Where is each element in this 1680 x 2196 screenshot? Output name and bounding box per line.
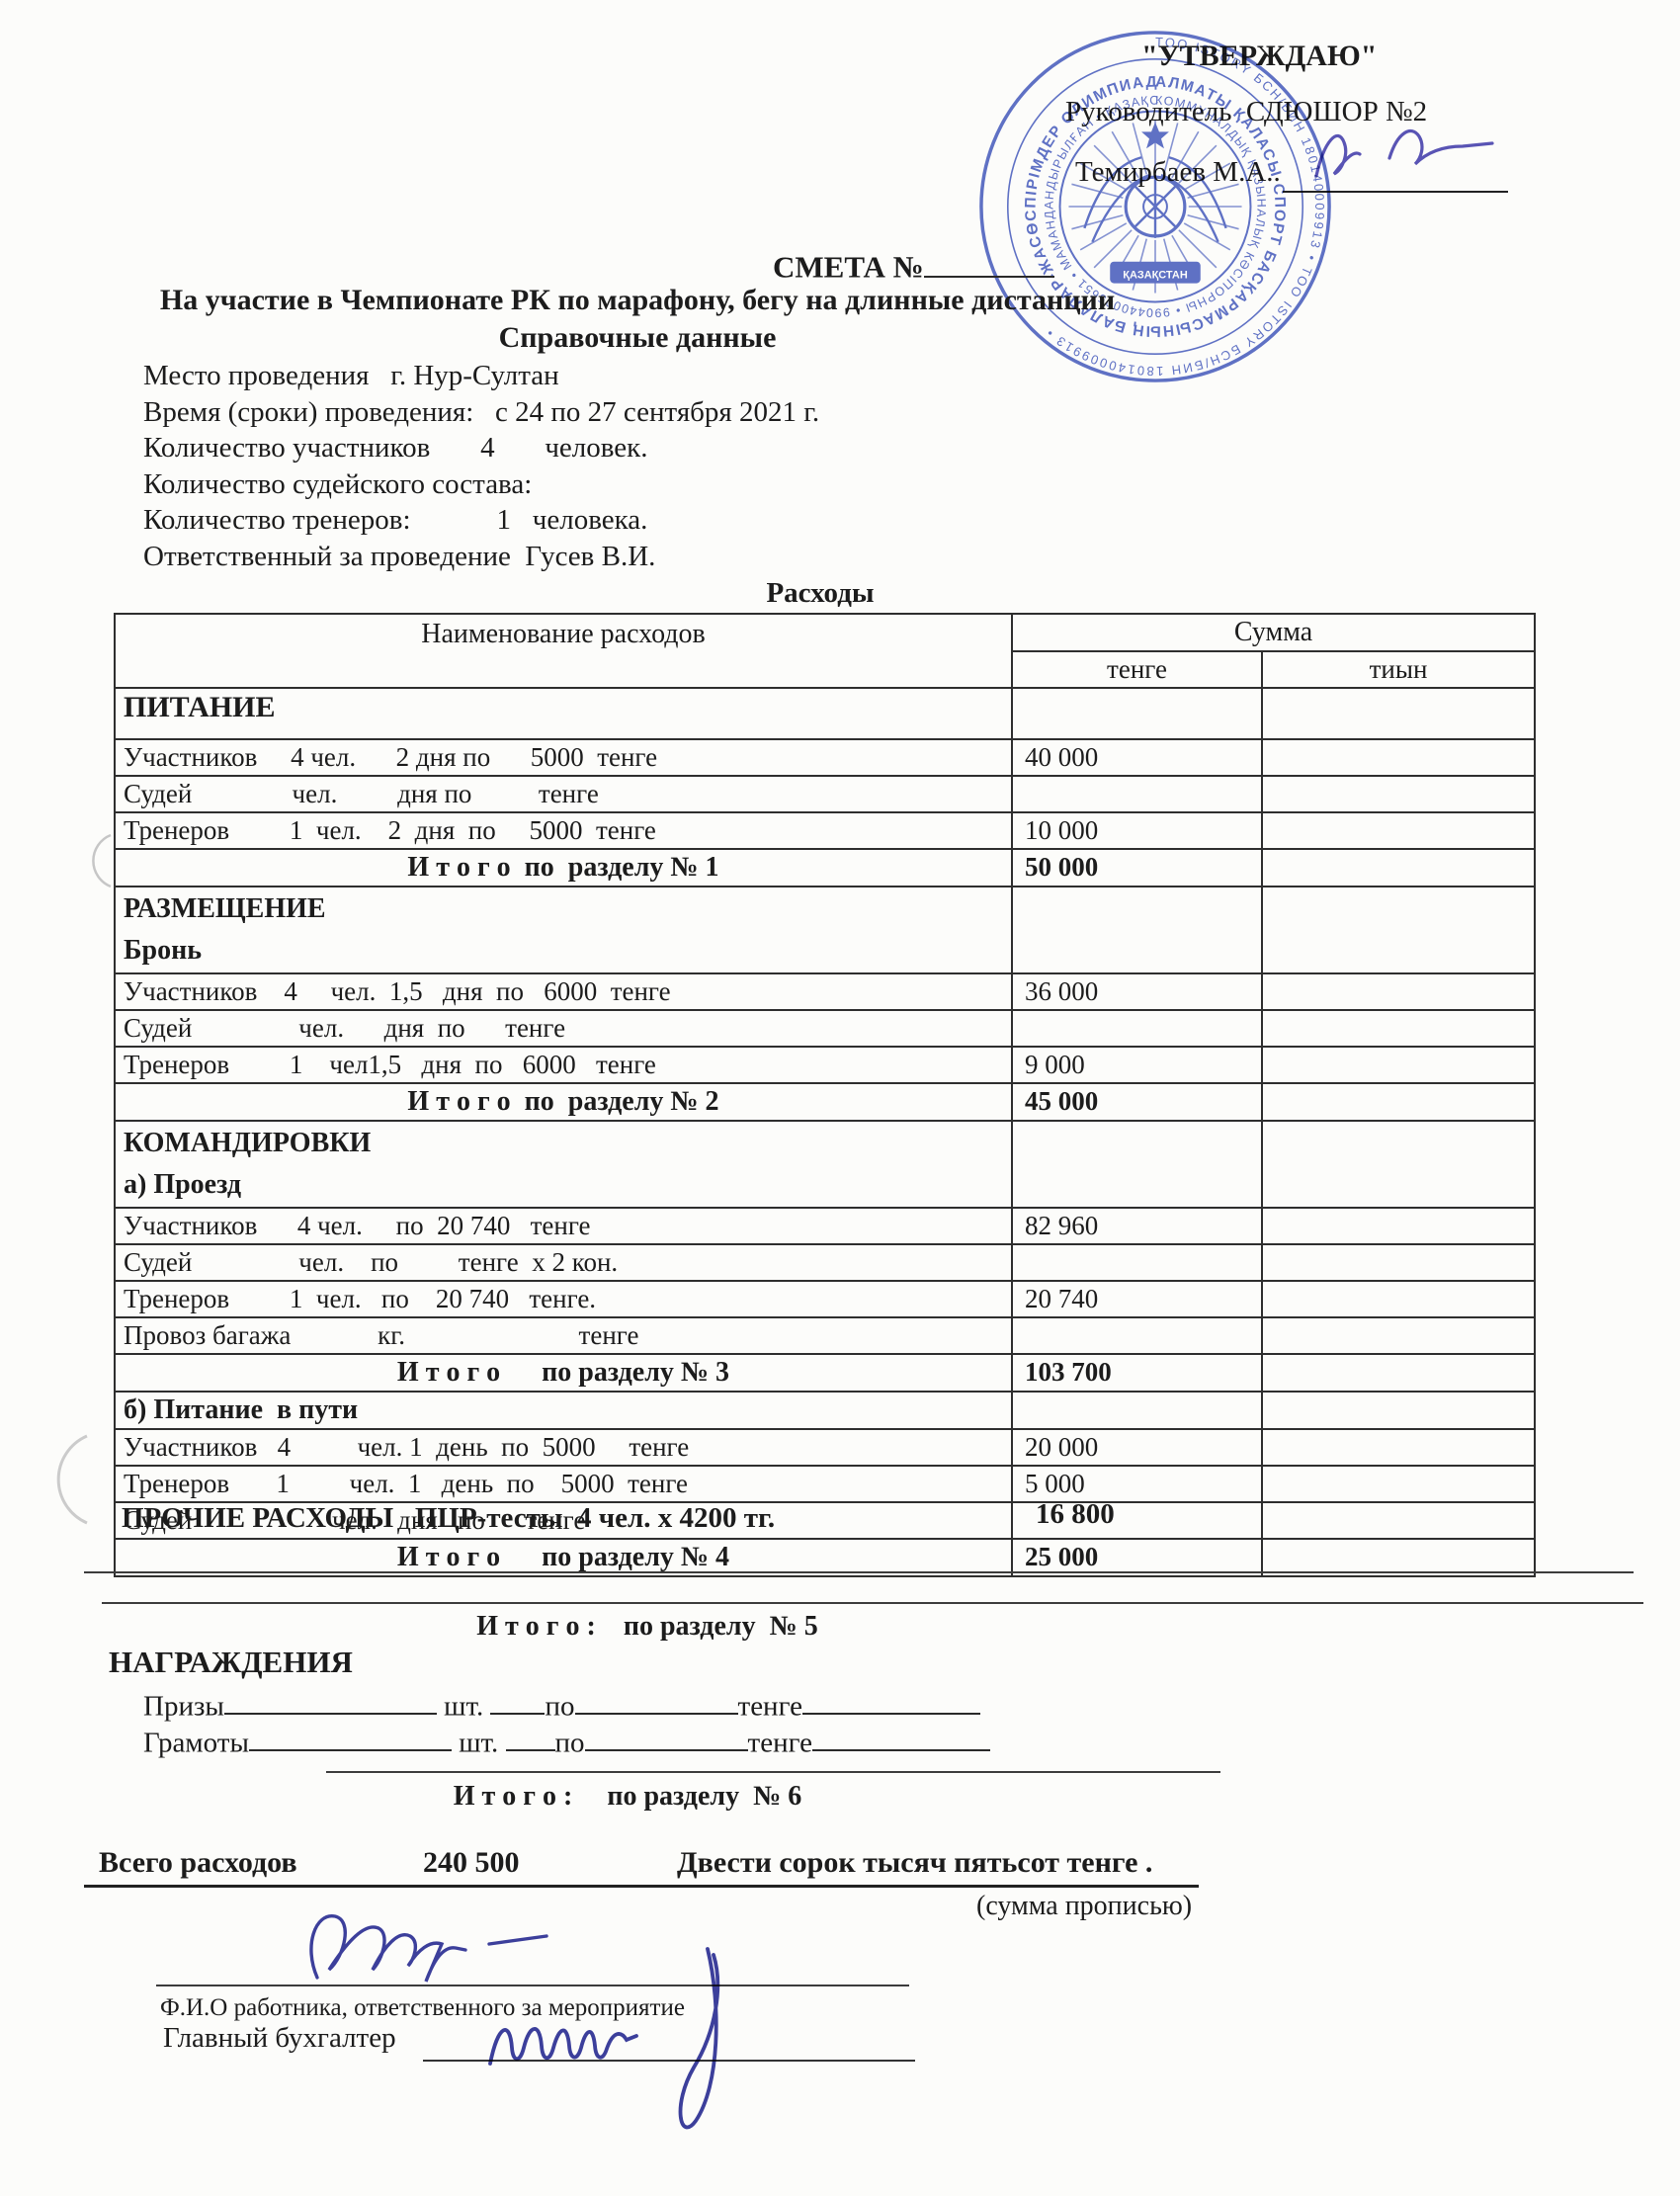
blank-field <box>249 1720 452 1751</box>
row-name: Тренеров 1 чел1,5 дня по 6000 тенге <box>124 1050 656 1079</box>
row-name: б) Питание в пути <box>124 1394 358 1425</box>
prizes-label: Призы <box>143 1690 224 1722</box>
col-header-sum: Сумма <box>1012 614 1535 651</box>
other-expenses-label: ПРОЧИЕ РАСХОДЫ ПЦР-тесты 4 чел. х 4200 т… <box>122 1502 775 1535</box>
row-tiyn <box>1262 973 1535 1010</box>
row-tenge <box>1012 1392 1262 1429</box>
row-tiyn <box>1262 812 1535 849</box>
row-name: Провоз багажа кг. тенге <box>124 1320 638 1350</box>
row-tenge: 9 000 <box>1012 1047 1262 1083</box>
table-row: Тренеров 1 чел. по 20 740 тенге. 20 740 <box>115 1281 1535 1317</box>
info-responsible: Ответственный за проведение Гусев В.И. <box>143 539 819 575</box>
tenge-label: тенге <box>738 1690 802 1722</box>
punch-hole-mark <box>83 832 113 889</box>
table-row: Участников 4 чел. 1,5 дня по 6000 тенге … <box>115 973 1535 1010</box>
blank-field <box>490 1683 545 1715</box>
row-name: Тренеров 1 чел. по 20 740 тенге. <box>124 1284 596 1313</box>
expenses-caption: Расходы <box>0 577 1640 610</box>
row-tiyn <box>1262 1281 1535 1317</box>
stamp-banner-text: ҚАЗАҚСТАН <box>1123 270 1188 282</box>
row-name: РАЗМЕЩЕНИЕ Бронь <box>124 893 326 966</box>
row-tenge: 45 000 <box>1012 1083 1262 1121</box>
table-row: Участников 4 чел. 2 дня по 5000 тенге 40… <box>115 739 1535 776</box>
row-tiyn <box>1262 1047 1535 1083</box>
row-name: Судей чел. дня по тенге <box>124 1013 565 1043</box>
row-name: И т о г о по разделу № 4 <box>397 1542 729 1572</box>
row-name: Тренеров 1 чел. 1 день по 5000 тенге <box>124 1469 688 1498</box>
blank-field <box>506 1720 555 1751</box>
expenses-table: Наименование расходов Сумма тенге тиын П… <box>114 613 1536 1577</box>
row-tiyn <box>1262 1466 1535 1502</box>
row-tenge: 36 000 <box>1012 973 1262 1010</box>
smeta-title: СМЕТА № <box>773 243 1054 286</box>
row-tiyn <box>1262 1502 1535 1539</box>
row-name: Участников 4 чел. 1,5 дня по 6000 тенге <box>124 976 671 1006</box>
smeta-number-blank <box>924 243 1054 278</box>
row-name: Участников 4 чел. 2 дня по 5000 тенге <box>124 742 657 772</box>
table-row: Участников 4 чел. по 20 740 тенге 82 960 <box>115 1208 1535 1244</box>
row-tenge <box>1012 776 1262 812</box>
row-tenge <box>1012 887 1262 973</box>
total-section5: И т о г о : по разделу № 5 <box>0 1611 1295 1643</box>
row-tenge: 40 000 <box>1012 739 1262 776</box>
blank-field <box>802 1683 980 1715</box>
row-name: Участников 4 чел. 1 день по 5000 тенге <box>124 1432 689 1462</box>
row-tenge: 10 000 <box>1012 812 1262 849</box>
po-label: по <box>545 1690 574 1722</box>
row-tiyn <box>1262 887 1535 973</box>
col-header-name: Наименование расходов <box>115 614 1012 688</box>
row-tiyn <box>1262 1083 1535 1121</box>
row-tiyn <box>1262 1317 1535 1354</box>
row-name: Тренеров 1 чел. 2 дня по 5000 тенге <box>124 815 656 845</box>
total-row-section3: И т о г о по разделу № 3 103 700 <box>115 1354 1535 1392</box>
row-tiyn <box>1262 688 1535 739</box>
row-tenge <box>1012 1010 1262 1047</box>
row-name: ПИТАНИЕ <box>124 691 276 723</box>
row-tenge: 20 000 <box>1012 1429 1262 1466</box>
row-name: Участников 4 чел. по 20 740 тенге <box>124 1211 591 1240</box>
pcs-label: шт. <box>444 1690 483 1722</box>
row-tiyn <box>1262 739 1535 776</box>
row-tiyn <box>1262 1244 1535 1281</box>
punch-hole-mark <box>28 1431 95 1528</box>
po-label: по <box>555 1727 585 1758</box>
total-row-section1: И т о г о по разделу № 1 50 000 <box>115 849 1535 887</box>
blank-field <box>575 1683 738 1715</box>
row-name: КОМАНДИРОВКИ а) Проезд <box>124 1128 371 1200</box>
tenge-label: тенге <box>748 1727 812 1758</box>
row-tenge: 50 000 <box>1012 849 1262 887</box>
row-name: Судей чел. дня по тенге <box>124 779 599 808</box>
row-name: И т о г о по разделу № 1 <box>407 852 718 883</box>
blank-field <box>585 1720 748 1751</box>
grand-total-value: 240 500 <box>423 1846 520 1880</box>
info-coaches: Количество тренеров: 1 человека. <box>143 502 819 539</box>
blank-field <box>224 1683 437 1715</box>
grand-total-underline <box>84 1885 1199 1888</box>
row-tenge <box>1012 1317 1262 1354</box>
row-name: Судей чел. по тенге х 2 кон. <box>124 1247 618 1277</box>
row-tenge <box>1012 1244 1262 1281</box>
smeta-label: СМЕТА № <box>773 250 924 285</box>
row-name: И т о г о по разделу № 3 <box>397 1357 729 1388</box>
table-row: Провоз багажа кг. тенге <box>115 1317 1535 1354</box>
diplomas-label: Грамоты <box>143 1727 249 1758</box>
sum-in-words-note: (сумма прописью) <box>976 1891 1192 1922</box>
document-title-line1: На участие в Чемпионате РК по марафону, … <box>0 284 1275 317</box>
table-row: Тренеров 1 чел. 1 день по 5000 тенге 5 0… <box>115 1466 1535 1502</box>
table-row: Судей чел. по тенге х 2 кон. <box>115 1244 1535 1281</box>
info-judges: Количество судейского состава: <box>143 466 819 503</box>
accountant-label: Главный бухгалтер <box>163 2022 396 2055</box>
section-row-lodging: РАЗМЕЩЕНИЕ Бронь <box>115 887 1535 973</box>
row-tiyn <box>1262 776 1535 812</box>
table-row: Участников 4 чел. 1 день по 5000 тенге 2… <box>115 1429 1535 1466</box>
awards-title: НАГРАЖДЕНИЯ <box>109 1645 353 1680</box>
rule-line <box>84 1571 1634 1573</box>
table-row: Тренеров 1 чел1,5 дня по 6000 тенге 9 00… <box>115 1047 1535 1083</box>
diplomas-line: Грамоты шт. потенге <box>143 1720 990 1759</box>
row-tenge: 103 700 <box>1012 1354 1262 1392</box>
signature-accountant <box>474 1937 850 2150</box>
row-tiyn <box>1262 1121 1535 1208</box>
row-tenge: 82 960 <box>1012 1208 1262 1244</box>
row-name: И т о г о по разделу № 2 <box>407 1086 718 1117</box>
info-participants: Количество участников 4 человек. <box>143 430 819 466</box>
row-tiyn <box>1262 849 1535 887</box>
row-tiyn <box>1262 1010 1535 1047</box>
other-expenses-value: 16 800 <box>1036 1498 1115 1531</box>
table-row: Судей чел. дня по тенге <box>115 1010 1535 1047</box>
prizes-line: Призы шт. потенге <box>143 1683 980 1723</box>
row-tenge: 5 000 <box>1012 1466 1262 1502</box>
total-section6: И т о г о : по разделу № 6 <box>0 1781 1255 1813</box>
blank-field <box>812 1720 990 1751</box>
row-tiyn <box>1262 1429 1535 1466</box>
document-title-line2: Справочные данные <box>0 321 1275 355</box>
reference-data-block: Место проведения г. Нур-Султан Время (ср… <box>143 358 819 575</box>
scanned-budget-document: "УТВЕРЖДАЮ" Руководитель СДЮШОР №2 Темир… <box>0 0 1680 2196</box>
subsection-row-food-en-route: б) Питание в пути <box>115 1392 1535 1429</box>
table-row: Судей чел. дня по тенге <box>115 776 1535 812</box>
rule-line <box>326 1771 1220 1773</box>
grand-total-words: Двести сорок тысяч пятьсот тенге . <box>677 1846 1152 1880</box>
grand-total-label: Всего расходов <box>99 1846 297 1880</box>
pcs-label: шт. <box>459 1727 498 1758</box>
info-dates: Время (сроки) проведения: с 24 по 27 сен… <box>143 394 819 431</box>
section-row-food: ПИТАНИЕ <box>115 688 1535 739</box>
info-location: Место проведения г. Нур-Султан <box>143 358 819 394</box>
row-tenge <box>1012 1121 1262 1208</box>
row-tiyn <box>1262 1354 1535 1392</box>
rule-line <box>102 1602 1643 1604</box>
row-tenge: 20 740 <box>1012 1281 1262 1317</box>
table-header-row: Наименование расходов Сумма <box>115 614 1535 651</box>
total-row-section2: И т о г о по разделу № 2 45 000 <box>115 1083 1535 1121</box>
section-row-travel: КОМАНДИРОВКИ а) Проезд <box>115 1121 1535 1208</box>
row-tiyn <box>1262 1208 1535 1244</box>
col-header-tiyn: тиын <box>1262 651 1535 688</box>
row-tenge <box>1012 688 1262 739</box>
row-tiyn <box>1262 1392 1535 1429</box>
col-header-tenge: тенге <box>1012 651 1262 688</box>
table-row: Тренеров 1 чел. 2 дня по 5000 тенге 10 0… <box>115 812 1535 849</box>
